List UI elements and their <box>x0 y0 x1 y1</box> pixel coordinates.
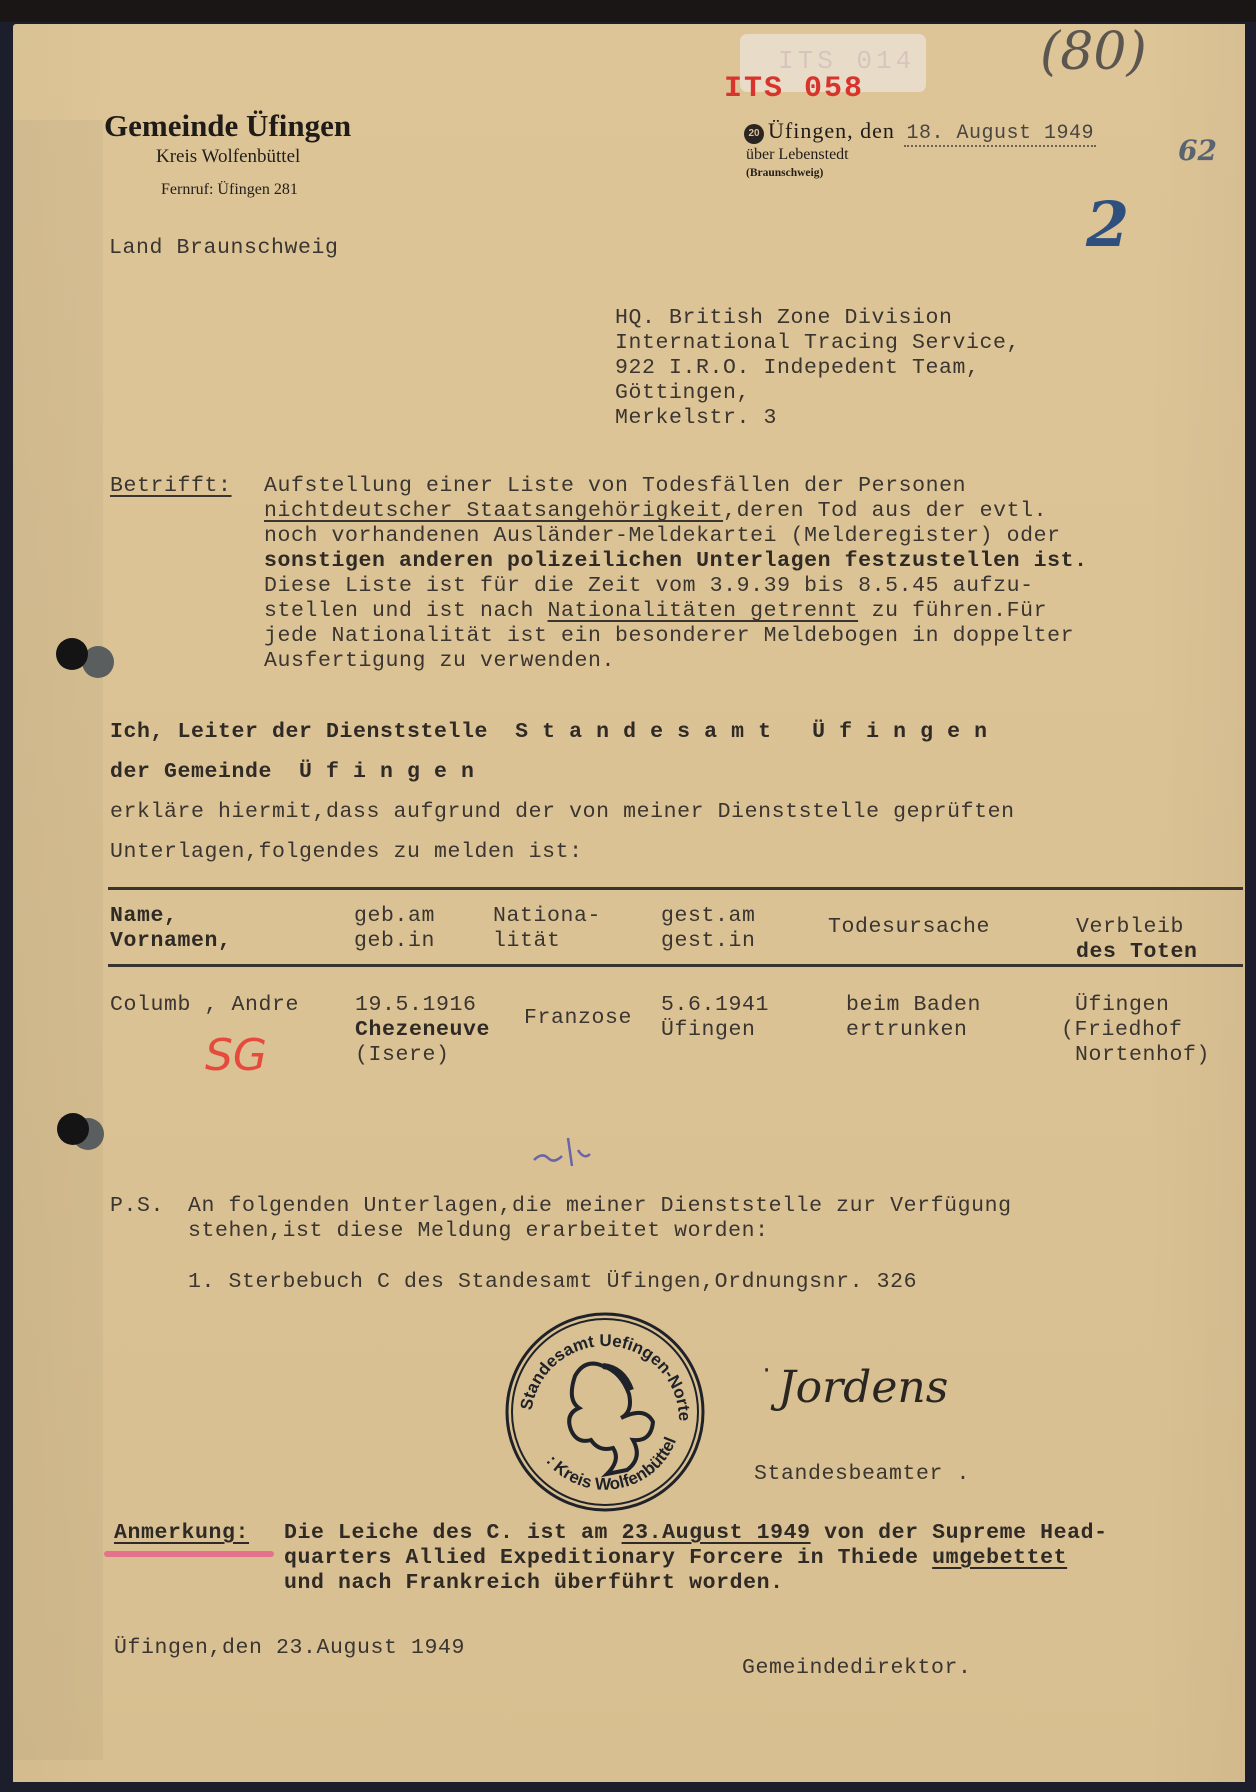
letterhead-title: Gemeinde Üfingen <box>104 108 351 144</box>
header-text: Vornamen, <box>110 929 232 954</box>
cell-text: 5.6.1941 <box>661 993 769 1018</box>
subject-line: Diese Liste ist für die Zeit vom 3.9.39 … <box>264 574 1088 599</box>
red-initials-mark: SG <box>205 1030 267 1081</box>
table-header-nationality: Nationa- lität <box>493 904 601 954</box>
its-stamp: ITS 058 <box>724 72 864 106</box>
header-text: geb.am <box>354 904 435 929</box>
recipient-line: 922 I.R.O. Indepedent Team, <box>615 356 1020 381</box>
note-label: Anmerkung: <box>114 1521 249 1546</box>
cell-name: Columb , Andre <box>110 993 299 1018</box>
letterhead-phone: Fernruf: Üfingen 281 <box>161 181 298 199</box>
cell-text: (Isere) <box>355 1043 490 1068</box>
subject-underlined: nichtdeutscher Staatsangehörigkeit <box>264 499 723 523</box>
table-header-remains: Verbleib des Toten <box>1076 915 1198 965</box>
cell-cause: beim Baden ertrunken <box>846 993 981 1043</box>
table-header-born: geb.am geb.in <box>354 904 435 954</box>
blue-pencil-number: 2 <box>1086 188 1129 261</box>
postscript-line: An folgenden Unterlagen,die meiner Diens… <box>188 1194 1012 1219</box>
pink-marker-line <box>104 1551 274 1557</box>
pencil-file-number: (80) <box>1040 22 1147 82</box>
header-text: gest.am <box>661 904 756 929</box>
table-header-died: gest.am gest.in <box>661 904 756 954</box>
subject-line-rest: ,deren Tod aus der evtl. <box>723 499 1047 523</box>
cell-text: Üfingen <box>661 1018 769 1043</box>
punch-hole <box>57 1113 89 1145</box>
table-header-rule <box>108 964 1243 967</box>
cell-born: 19.5.1916 Chezeneuve (Isere) <box>355 993 490 1068</box>
note-underlined: umgebettet <box>932 1546 1067 1570</box>
pencil-page-number: 62 <box>1178 134 1217 167</box>
place-date-line: 20Üfingen, den 18. August 1949 <box>744 118 1096 145</box>
cell-text: Üfingen <box>1061 993 1210 1018</box>
subject-line: noch vorhandenen Ausländer-Meldekartei (… <box>264 524 1088 549</box>
scanner-background-top <box>0 0 1256 22</box>
declaration-line: Ich, Leiter der Dienststelle S t a n d e… <box>110 712 1015 752</box>
subject-label: Betrifft: <box>110 474 232 499</box>
letterhead-district: Kreis Wolfenbüttel <box>156 146 300 168</box>
signatory-title: Standesbeamter . <box>754 1462 970 1487</box>
subject-text: Aufstellung einer Liste von Todesfällen … <box>264 474 1088 674</box>
note-text: Die Leiche des C. ist am 23.August 1949 … <box>284 1521 1108 1596</box>
header-text: geb.in <box>354 929 435 954</box>
note-underlined-date: 23.August 1949 <box>622 1521 811 1545</box>
footer-place-date: Üfingen,den 23.August 1949 <box>114 1636 465 1661</box>
note-line-part: quarters Allied Expeditionary Forcere in… <box>284 1546 932 1570</box>
postscript-label: P.S. <box>110 1194 164 1219</box>
place-label: Üfingen, den <box>768 118 895 143</box>
via-line: über Lebenstedt <box>746 146 849 164</box>
cell-nationality: Franzose <box>524 1006 632 1031</box>
phone-icon: 20 <box>744 124 764 144</box>
subject-line-part: zu führen.Für <box>858 599 1047 623</box>
declaration: Ich, Leiter der Dienststelle S t a n d e… <box>110 712 1015 872</box>
cell-text: beim Baden <box>846 993 981 1018</box>
subject-line-part: stellen und ist nach <box>264 599 548 623</box>
cell-remains: Üfingen (Friedhof Nortenhof) <box>1061 993 1210 1068</box>
note-line-part: von der Supreme Head- <box>811 1521 1108 1545</box>
table-header-name: Name, Vornamen, <box>110 904 232 954</box>
document-page <box>13 24 1245 1782</box>
recipient-line: Göttingen, <box>615 381 1020 406</box>
purple-pencil-scribble <box>528 1130 608 1170</box>
page-shadow <box>13 120 103 1760</box>
signature: Jordens <box>778 1362 948 1413</box>
cell-text: (Friedhof <box>1061 1018 1210 1043</box>
cell-died: 5.6.1941 Üfingen <box>661 993 769 1043</box>
cell-text: 19.5.1916 <box>355 993 490 1018</box>
header-text: Verbleib <box>1076 915 1198 940</box>
recipient-line: International Tracing Service, <box>615 331 1020 356</box>
cell-text: Chezeneuve <box>355 1018 490 1043</box>
header-text: des Toten <box>1076 940 1198 965</box>
subject-line: sonstigen anderen polizeilichen Unterlag… <box>264 549 1088 574</box>
region-line: (Braunschweig) <box>746 167 823 179</box>
note-line: Die Leiche des C. ist am 23.August 1949 … <box>284 1521 1108 1546</box>
signature-dot: · <box>760 1358 773 1383</box>
header-text: Nationa- <box>493 904 601 929</box>
header-text: gest.in <box>661 929 756 954</box>
subject-line: Ausfertigung zu verwenden. <box>264 649 1088 674</box>
header-text: Name, <box>110 904 232 929</box>
subject-line: Aufstellung einer Liste von Todesfällen … <box>264 474 1088 499</box>
recipient-line: Merkelstr. 3 <box>615 406 1020 431</box>
declaration-line: erkläre hiermit,dass aufgrund der von me… <box>110 792 1015 832</box>
cell-text: Nortenhof) <box>1061 1043 1210 1068</box>
header-text: lität <box>493 929 601 954</box>
postscript-item: 1. Sterbebuch C des Standesamt Üfingen,O… <box>188 1270 917 1295</box>
letter-date: 18. August 1949 <box>904 122 1096 147</box>
official-seal: Standesamt Uefingen-Nortenhof : Kreis Wo… <box>503 1310 707 1514</box>
subject-line: jede Nationalität ist ein besonderer Mel… <box>264 624 1088 649</box>
sender-state: Land Braunschweig <box>109 236 339 261</box>
note-line-part: Die Leiche des C. ist am <box>284 1521 622 1545</box>
postscript-text: An folgenden Unterlagen,die meiner Diens… <box>188 1194 1012 1244</box>
subject-line: stellen und ist nach Nationalitäten getr… <box>264 599 1088 624</box>
cell-text: ertrunken <box>846 1018 981 1043</box>
subject-line: nichtdeutscher Staatsangehörigkeit,deren… <box>264 499 1088 524</box>
postscript-line: stehen,ist diese Meldung erarbeitet word… <box>188 1219 1012 1244</box>
recipient-address: HQ. British Zone Division International … <box>615 306 1020 431</box>
table-top-rule <box>108 887 1243 890</box>
note-line: quarters Allied Expeditionary Forcere in… <box>284 1546 1108 1571</box>
declaration-line: Unterlagen,folgendes zu melden ist: <box>110 832 1015 872</box>
table-header-cause: Todesursache <box>828 915 990 940</box>
header-text: Todesursache <box>828 915 990 940</box>
punch-hole <box>56 638 88 670</box>
recipient-line: HQ. British Zone Division <box>615 306 1020 331</box>
note-line: und nach Frankreich überführt worden. <box>284 1571 1108 1596</box>
declaration-line: der Gemeinde Ü f i n g e n <box>110 752 1015 792</box>
footer-official: Gemeindedirektor. <box>742 1656 972 1681</box>
subject-underlined: Nationalitäten getrennt <box>548 599 859 623</box>
